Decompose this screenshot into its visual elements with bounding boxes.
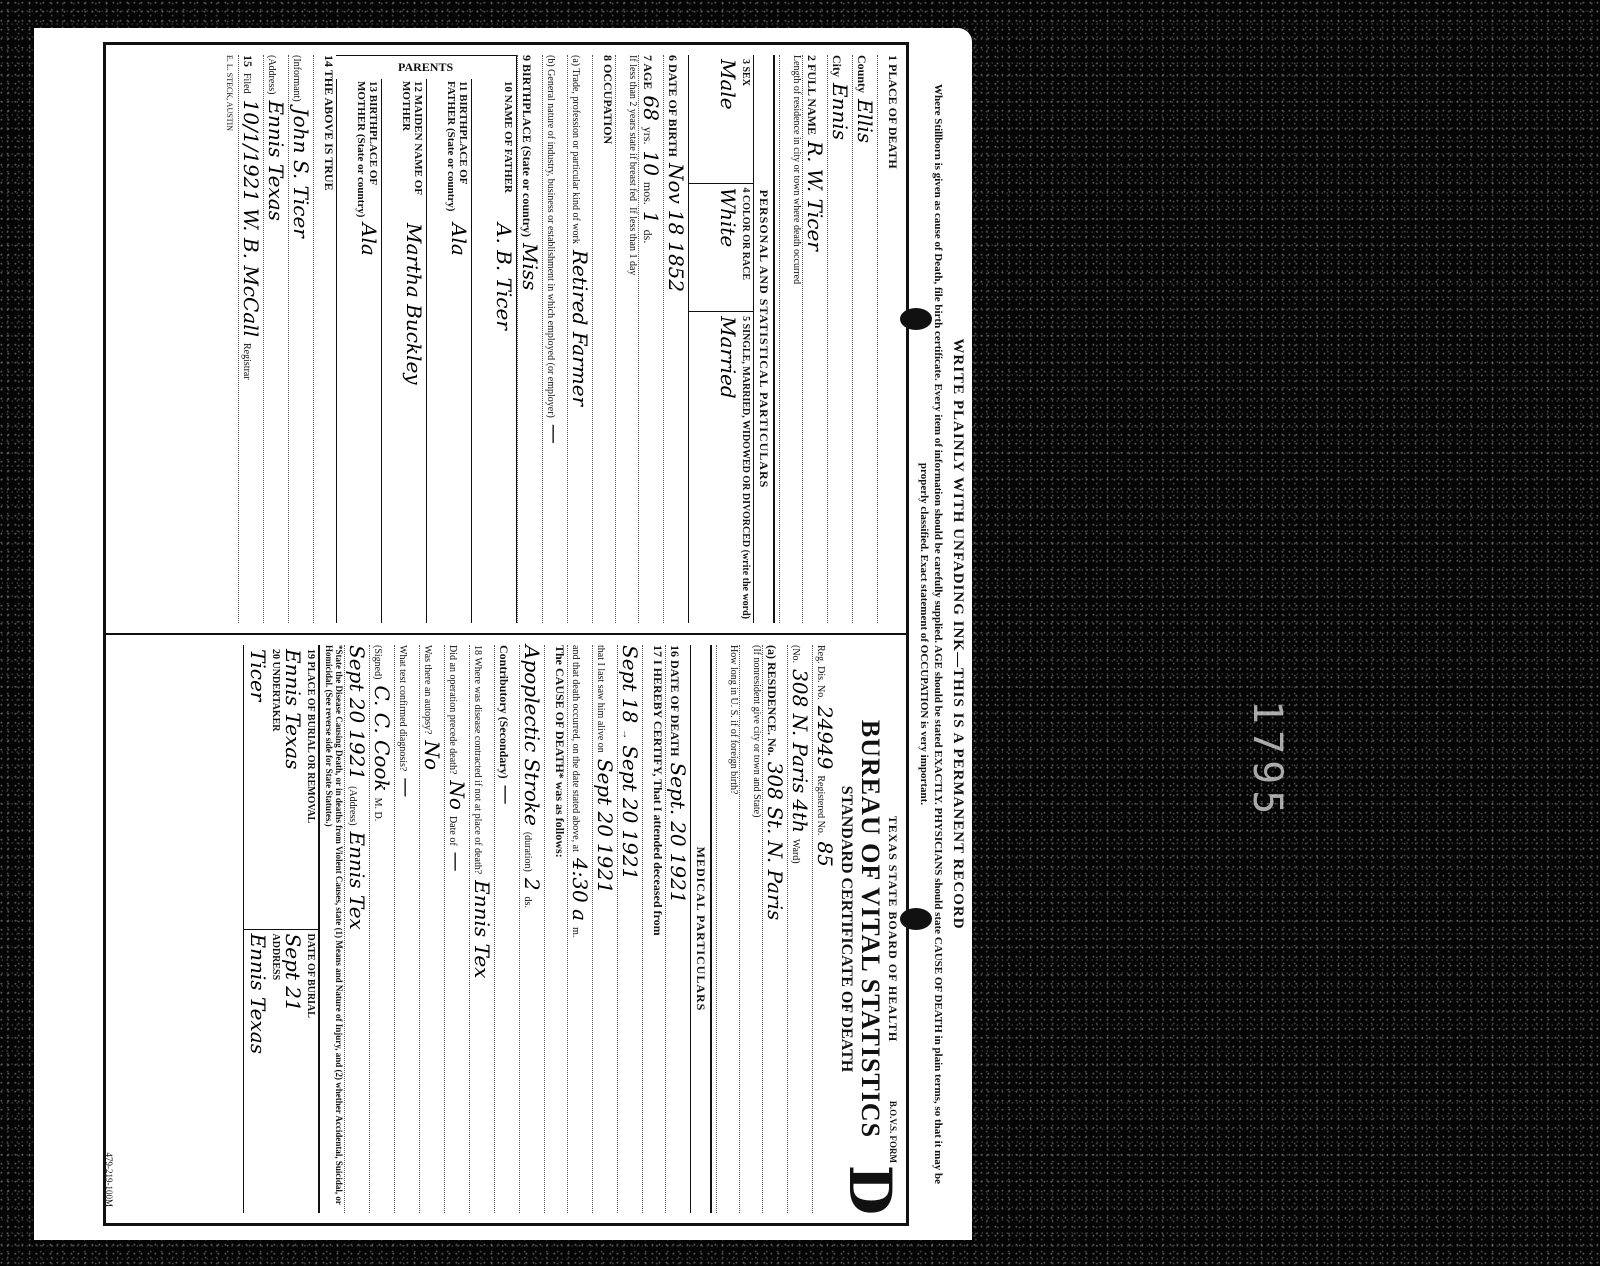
age-label: 7 AGE	[640, 55, 655, 89]
undertaker-address-label: ADDRESS	[270, 934, 281, 1210]
less-day-label: If less than 1 day	[627, 207, 638, 275]
breastfed-label: If less than 2 years state if breast fed	[627, 55, 638, 201]
street-no-label: (No.	[790, 645, 801, 663]
bureau-name: BUREAU OF VITAL STATISTICS	[855, 645, 885, 1213]
registrar-label: Registrar	[241, 343, 252, 380]
banner: WRITE PLAINLY WITH UNFADING INK—THIS IS …	[949, 42, 966, 1226]
mother-birthplace-label: 13 BIRTHPLACE OF MOTHER (State or countr…	[337, 79, 381, 223]
informant-value: John S. Ticer	[289, 108, 313, 238]
contributory-value: —	[495, 785, 519, 805]
foreign-birth-label: How long in U. S. if of foreign birth?	[728, 645, 739, 794]
father-birthplace-label: 11 BIRTHPLACE OF FATHER (State or countr…	[427, 79, 471, 223]
death-day: 20	[666, 821, 690, 846]
last-saw-year: 1921	[593, 843, 617, 894]
printer-imprint: E. L. STECK, AUSTIN	[225, 55, 234, 623]
length-residence-label: Length of residence in city or town wher…	[791, 55, 802, 284]
mother-name-label: 12 MAIDEN NAME OF MOTHER	[382, 79, 426, 223]
burial-date: Sept 21	[281, 934, 305, 1210]
death-date-label: 16 DATE OF DEATH	[667, 645, 682, 756]
dob-day: 18	[664, 210, 688, 235]
test-label: What test confirmed diagnosis?	[397, 645, 408, 771]
ward-value: 4th	[788, 799, 812, 833]
signed-date: Sept 20	[345, 645, 369, 723]
father-name-label: 10 NAME OF FATHER	[472, 79, 516, 223]
parents-title: PARENTS	[336, 55, 516, 79]
operation-label: Did an operation precede death?	[447, 645, 458, 774]
filing-number: 15	[240, 55, 255, 67]
father-birthplace: Ala	[427, 223, 471, 623]
informant-label: (Informant)	[291, 55, 302, 102]
cause-label: The CAUSE OF DEATH* was as follows:	[552, 645, 567, 858]
sex-label: 3 SEX	[740, 59, 751, 179]
unit: mos.	[640, 182, 655, 205]
age-days: 1	[639, 211, 663, 224]
dob-month: Nov	[664, 163, 688, 204]
race-value: White	[716, 188, 740, 308]
autopsy-value: No	[420, 740, 444, 770]
sex-value: Male	[716, 59, 740, 179]
birthplace-value: Miss	[518, 243, 542, 290]
cause-value: Apoplectic Stroke	[520, 645, 544, 826]
contracted-value: Ennis Tex	[470, 880, 494, 978]
attended-from: Sept 18	[618, 645, 642, 723]
signed-label: (Signed)	[372, 645, 383, 679]
death-month: Sept.	[666, 762, 690, 815]
burial-place: Ennis Texas	[281, 649, 305, 925]
dob-label: 6 DATE OF BIRTH	[665, 55, 680, 157]
occ-b-label: (b) General nature of industry, business…	[545, 55, 556, 418]
undertaker-address: Ennis Texas	[246, 934, 270, 1210]
death-occurred-label: and that death occurred, on the date sta…	[570, 645, 581, 852]
test-value: —	[395, 777, 419, 797]
certificate-scan: WRITE PLAINLY WITH UNFADING INK—THIS IS …	[34, 28, 972, 1240]
reg-dis-label: Reg. Dis. No.	[815, 645, 826, 700]
age-months: 10	[639, 150, 663, 175]
operation-value: No	[445, 780, 469, 810]
time-unit: m.	[570, 927, 581, 937]
medical-section-title: MEDICAL PARTICULARS	[690, 645, 712, 1213]
filed-date: 10/1/1921	[239, 100, 263, 203]
md-label: M. D.	[372, 798, 383, 822]
last-saw-value: Sept 20	[593, 759, 617, 837]
burial-place-label: 19 PLACE OF BURIAL OR REMOVAL	[305, 649, 316, 925]
occ-b-value: —	[543, 424, 567, 444]
burial-section: 19 PLACE OF BURIAL OR REMOVALEnnis Texas…	[243, 645, 320, 1213]
footnote: *State the Disease Causing Death, or in …	[324, 645, 344, 1213]
father-name: A. B. Ticer	[472, 223, 516, 623]
death-certificate: WRITE PLAINLY WITH UNFADING INK—THIS IS …	[34, 28, 972, 1240]
city-value: Ennis	[828, 83, 852, 140]
cause-duration-days: 2	[520, 878, 544, 891]
autopsy-label: Was there an autopsy?	[422, 645, 433, 734]
mother-name: Martha Buckley	[382, 223, 426, 623]
operation-date: —	[445, 852, 469, 872]
race-label: 4 COLOR OR RACE	[740, 188, 751, 308]
death-year: 1921	[666, 853, 690, 904]
sex-race-marital: 3 SEXMale 4 COLOR OR RACEWhite 5 SINGLE,…	[688, 55, 753, 623]
city-label: City	[829, 55, 844, 77]
occ-a-value: Retired Farmer	[568, 250, 592, 406]
last-saw-label: that I last saw him alive on	[595, 645, 606, 753]
duration-label: (duration)	[522, 832, 533, 872]
dob-year: 1852	[664, 241, 688, 292]
occupation-label: 8 OCCUPATION	[600, 55, 615, 144]
full-name-value: R. W. Ticer	[803, 141, 827, 251]
personal-section-title: PERSONAL AND STATISTICAL PARTICULARS	[753, 55, 775, 623]
form-body: 1 PLACE OF DEATH CountyEllis CityEnnis 2…	[103, 42, 909, 1226]
street-value: 308 N. Paris	[788, 669, 812, 793]
medical-column: B.O.V.S. FORM D TEXAS STATE BOARD OF HEA…	[106, 633, 906, 1223]
unit: ds.	[522, 897, 533, 908]
attended-year: 1921	[618, 829, 642, 880]
residence-label: (a) RESIDENCE. No.	[764, 645, 779, 756]
filed-label: Filed	[241, 73, 252, 94]
unit: yrs.	[640, 127, 655, 145]
certificate-title: STANDARD CERTIFICATE OF DEATH	[837, 645, 855, 1213]
form-letter: D	[836, 1165, 904, 1215]
parents-section: PARENTS 10 NAME OF FATHERA. B. Ticer 11 …	[336, 55, 517, 623]
occ-a-label: (a) Trade, profession or particular kind…	[570, 55, 581, 244]
informant-address-label: (Address)	[266, 55, 277, 94]
operation-date-label: Date of	[447, 816, 458, 846]
form-code: 479-219-100M	[104, 1153, 114, 1208]
registered-label: Registered No.	[815, 775, 826, 835]
county-label: County	[854, 55, 869, 93]
contracted-label: 18 Where was disease contracted if not a…	[472, 645, 483, 874]
informant-section-label: 14 THE ABOVE IS TRUE	[321, 55, 336, 191]
registered-value: 85	[813, 841, 837, 866]
county-value: Ellis	[853, 99, 877, 143]
signed-year: 1921	[345, 729, 369, 780]
place-label: 1 PLACE OF DEATH	[885, 55, 900, 169]
personal-column: 1 PLACE OF DEATH CountyEllis CityEnnis 2…	[106, 45, 906, 633]
marital-value: Married	[716, 316, 740, 619]
attended-to: Sept 20	[618, 745, 642, 823]
full-name-label: 2 FULL NAME	[804, 55, 819, 135]
residence-note: (If nonresident give city or town and St…	[751, 645, 762, 817]
ward-label: Ward)	[790, 839, 801, 864]
mother-birthplace: Ala	[337, 223, 381, 623]
contributory-label: Contributory (Secondary)	[496, 645, 511, 779]
physician-signature: C. C. Cook	[370, 685, 394, 791]
informant-address: Ennis Texas	[264, 100, 288, 220]
registrar-name: W. B. McCall	[239, 208, 263, 337]
burial-date-label: DATE OF BURIAL	[305, 934, 316, 1210]
reg-dis-value: 24949	[813, 706, 837, 770]
form-badge: B.O.V.S. FORM	[888, 1101, 898, 1163]
unit: ds.	[640, 230, 655, 244]
undertaker-label: 20 UNDERTAKER	[270, 649, 281, 925]
age-years: 68	[639, 95, 663, 120]
residence-value: 308 St. N. Paris	[763, 762, 787, 921]
birthplace-label: 9 BIRTHPLACE (State or country)	[519, 55, 534, 237]
certify-label: 17 I HEREBY CERTIFY, That I attended dec…	[650, 645, 665, 936]
frame-number: 1795	[1244, 700, 1290, 820]
marital-label: 5 SINGLE, MARRIED, WIDOWED OR DIVORCED (…	[740, 316, 751, 619]
sig-address-label: (Address)	[347, 786, 358, 825]
death-time: 4:30 a	[568, 858, 592, 921]
instructions: Where Stillborn is given as cause of Dea…	[917, 82, 945, 1186]
sig-address: Ennis Tex	[345, 832, 369, 930]
undertaker-value: Ticer	[246, 649, 270, 925]
